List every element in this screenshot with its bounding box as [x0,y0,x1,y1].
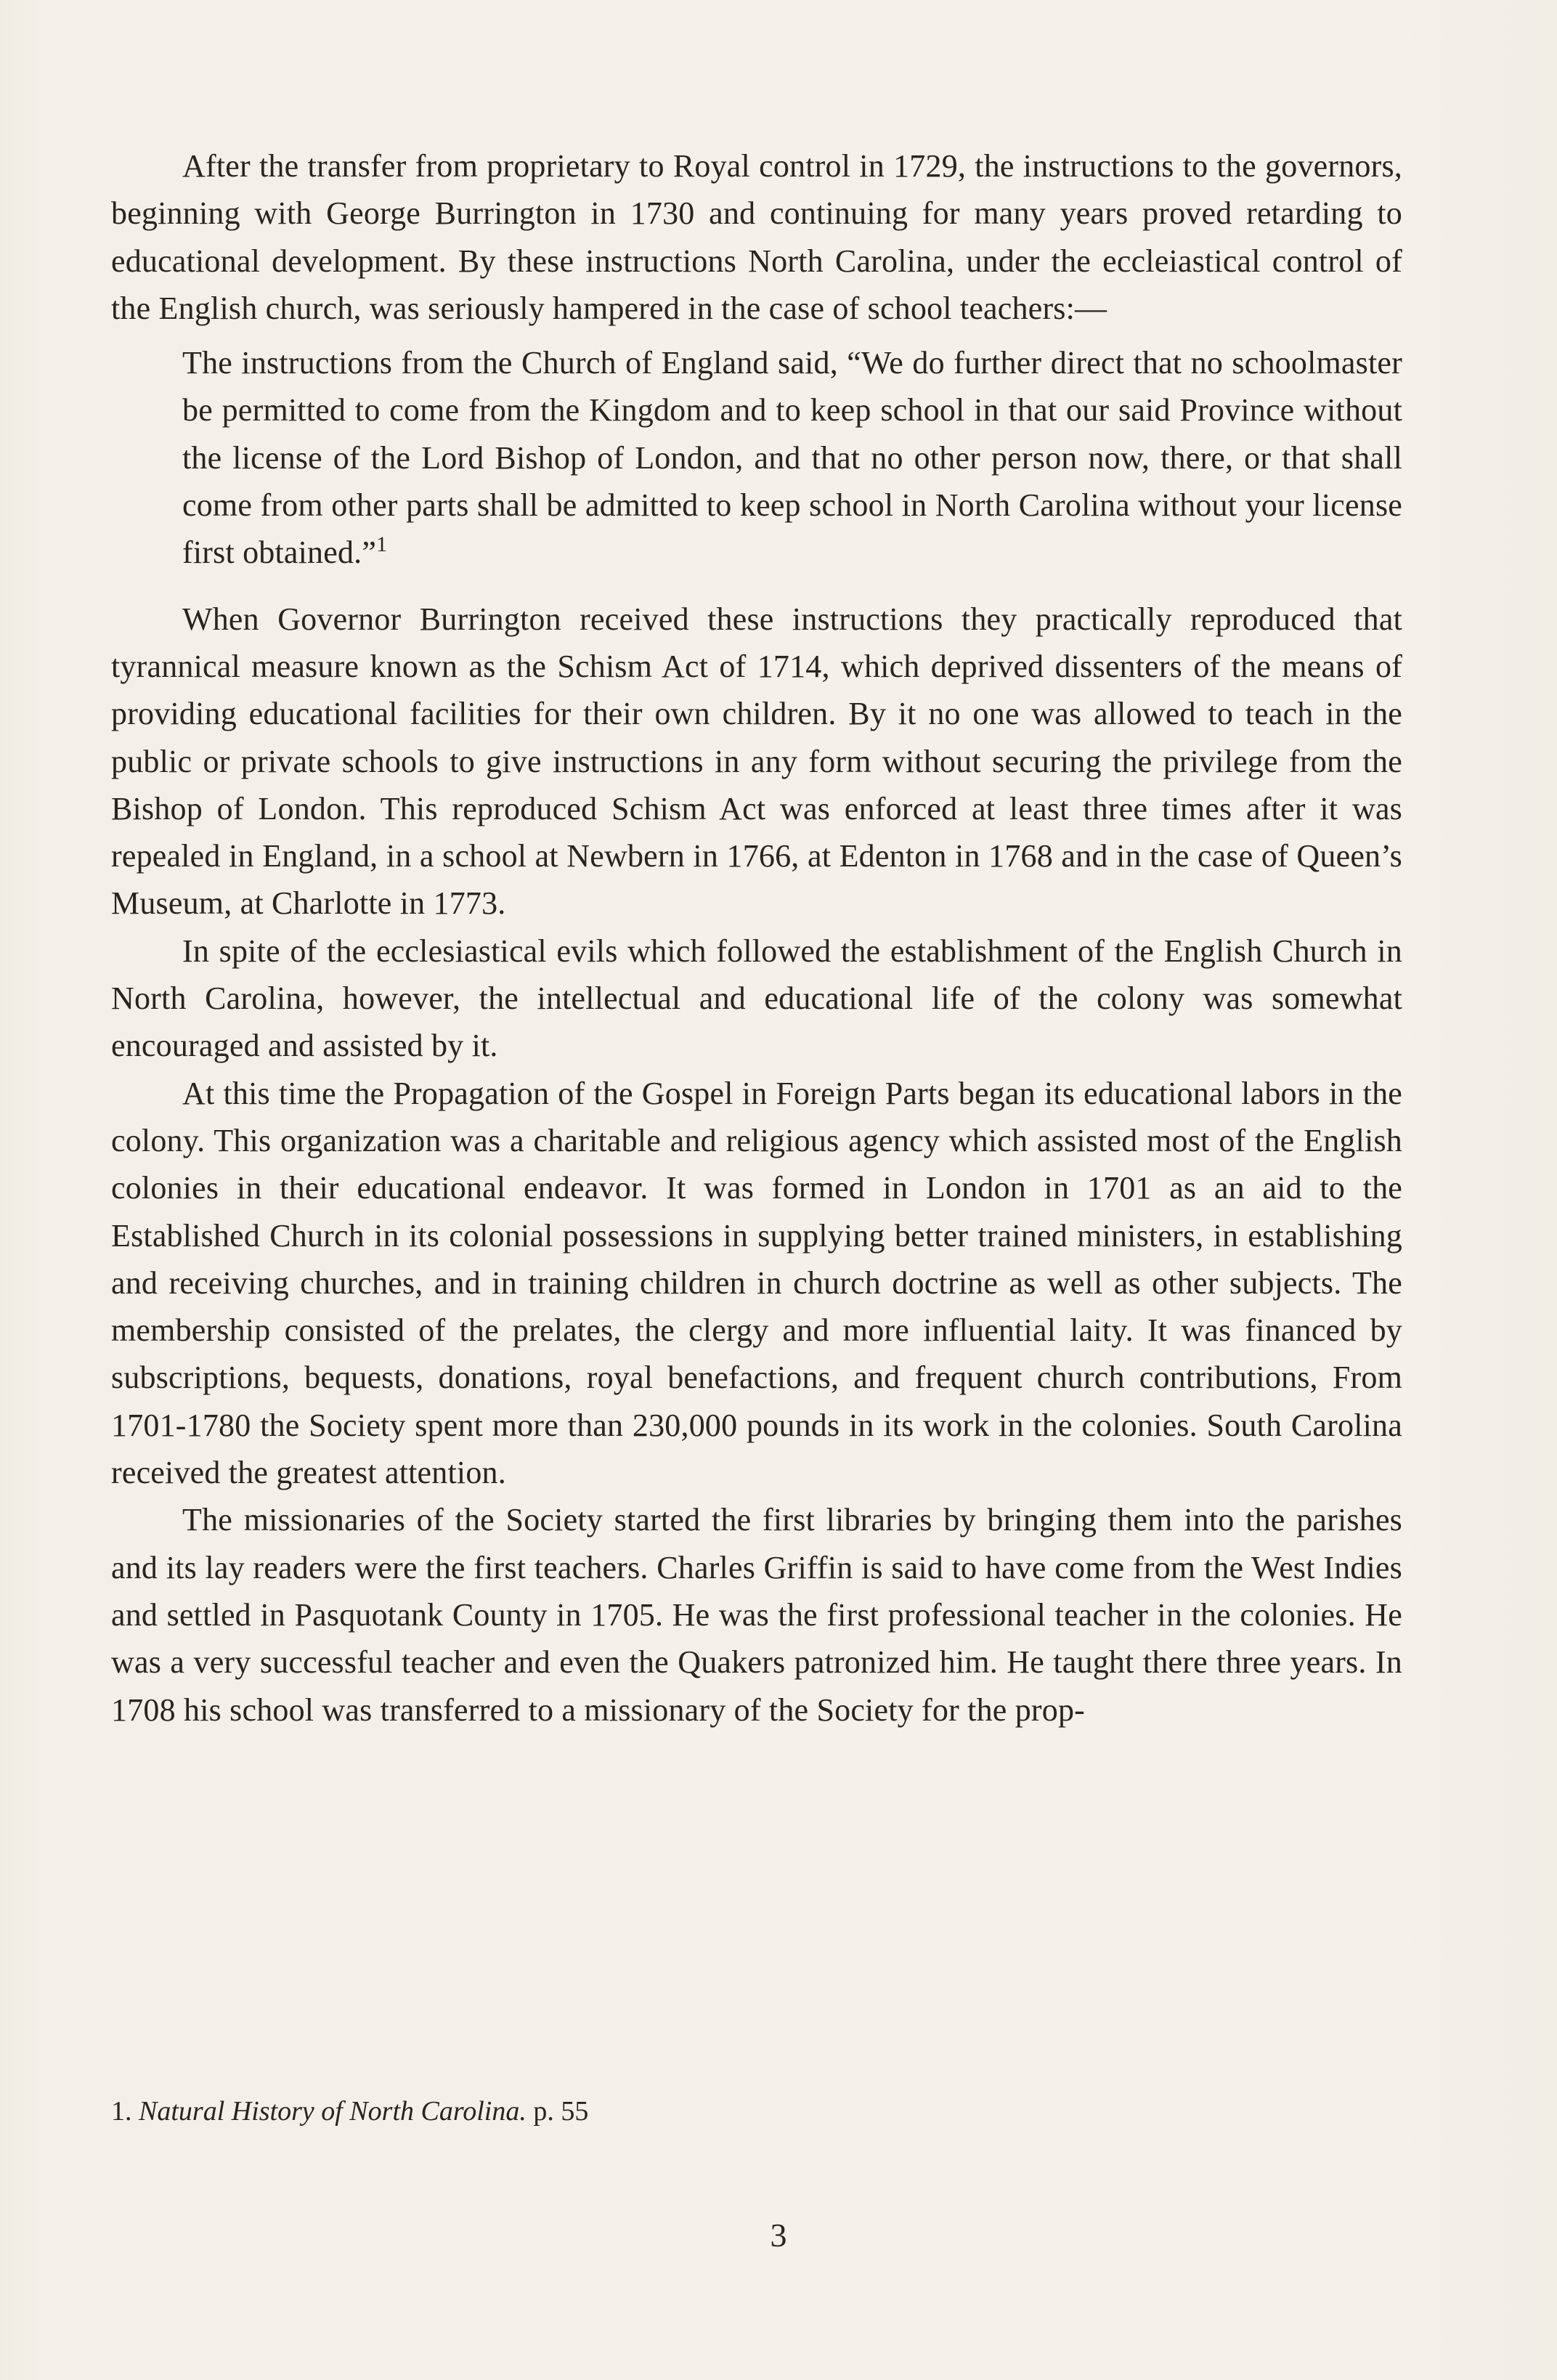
paragraph-missionaries: The missionaries of the Society started … [111,1496,1402,1733]
paragraph-propagation-gospel: At this time the Propagation of the Gosp… [111,1070,1402,1497]
footnote-number: 1. [111,2096,132,2127]
page-number: 3 [0,2214,1557,2257]
spacer [111,585,1402,596]
footnote-1: 1. Natural History of North Carolina. p.… [111,2093,588,2129]
paragraph-schism-act: When Governor Burrington received these … [111,596,1402,927]
main-text: After the transfer from proprietary to R… [111,142,1402,1734]
paragraph-ecclesiastical-evils: In spite of the ecclesiastical evils whi… [111,927,1402,1070]
paragraph-royal-control: After the transfer from proprietary to R… [111,142,1402,332]
block-quote-text: The instructions from the Church of Engl… [182,345,1402,570]
footnote-locator: p. 55 [533,2096,588,2127]
footnote-reference[interactable]: 1 [376,532,387,556]
block-quote-church-instructions: The instructions from the Church of Engl… [182,339,1402,576]
footnote-title: Natural History of North Carolina. [139,2096,527,2127]
book-page: After the transfer from proprietary to R… [0,0,1557,2380]
